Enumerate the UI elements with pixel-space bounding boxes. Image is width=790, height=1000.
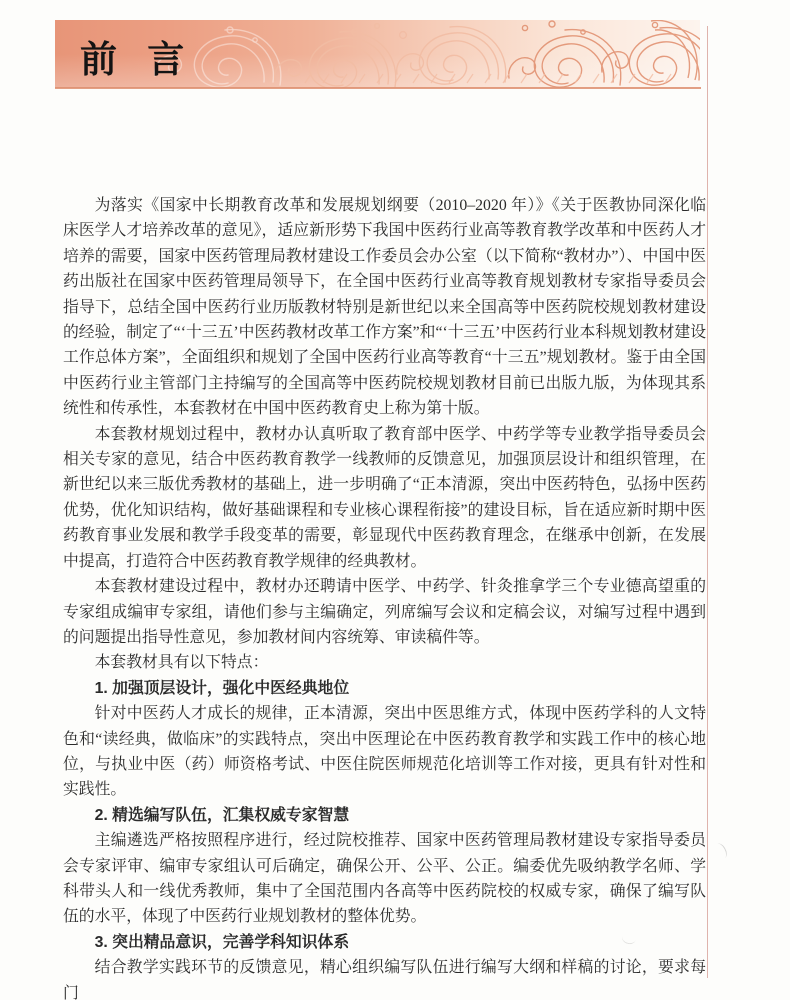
scan-smudge <box>713 842 729 861</box>
body-paragraph: 结合教学实践环节的反馈意见，精心组织编写队伍进行编写大纲和样稿的讨论，要求每门 <box>63 955 706 1000</box>
body-paragraph: 主编遴选严格按照程序进行，经过院校推荐、国家中医药管理局教材建设专家指导委员会专… <box>63 828 706 930</box>
body-paragraph: 为落实《国家中长期教育改革和发展规划纲要（2010–2020 年）》《关于医教协… <box>63 193 706 422</box>
section-heading: 2. 精选编写队伍，汇集权威专家智慧 <box>63 803 706 828</box>
body-paragraph: 本套教材具有以下特点： <box>63 650 706 675</box>
banner-underline <box>55 87 701 89</box>
section-heading: 1. 加强顶层设计，强化中医经典地位 <box>63 676 706 701</box>
page-title: 前 言 <box>80 20 186 88</box>
body-paragraph: 本套教材规划过程中，教材办认真听取了教育部中医学、中药学等专业教学指导委员会相关… <box>63 422 706 574</box>
scanned-preface-page: 前 言 为落实《国家中长期教育改革和发展规划纲要（2010–2020 年）》《关… <box>0 0 790 1000</box>
page-edge-line <box>707 26 708 978</box>
body-paragraph: 针对中医药人才成长的规律，正本清源，突出中医思维方式，体现中医药学科的人文特色和… <box>63 701 706 803</box>
section-heading: 3. 突出精品意识，完善学科知识体系 <box>63 930 706 955</box>
preface-banner: 前 言 <box>55 20 700 88</box>
preface-content: 为落实《国家中长期教育改革和发展规划纲要（2010–2020 年）》《关于医教协… <box>63 193 706 1000</box>
body-paragraph: 本套教材建设过程中，教材办还聘请中医学、中药学、针灸推拿学三个专业德高望重的专家… <box>63 574 706 650</box>
